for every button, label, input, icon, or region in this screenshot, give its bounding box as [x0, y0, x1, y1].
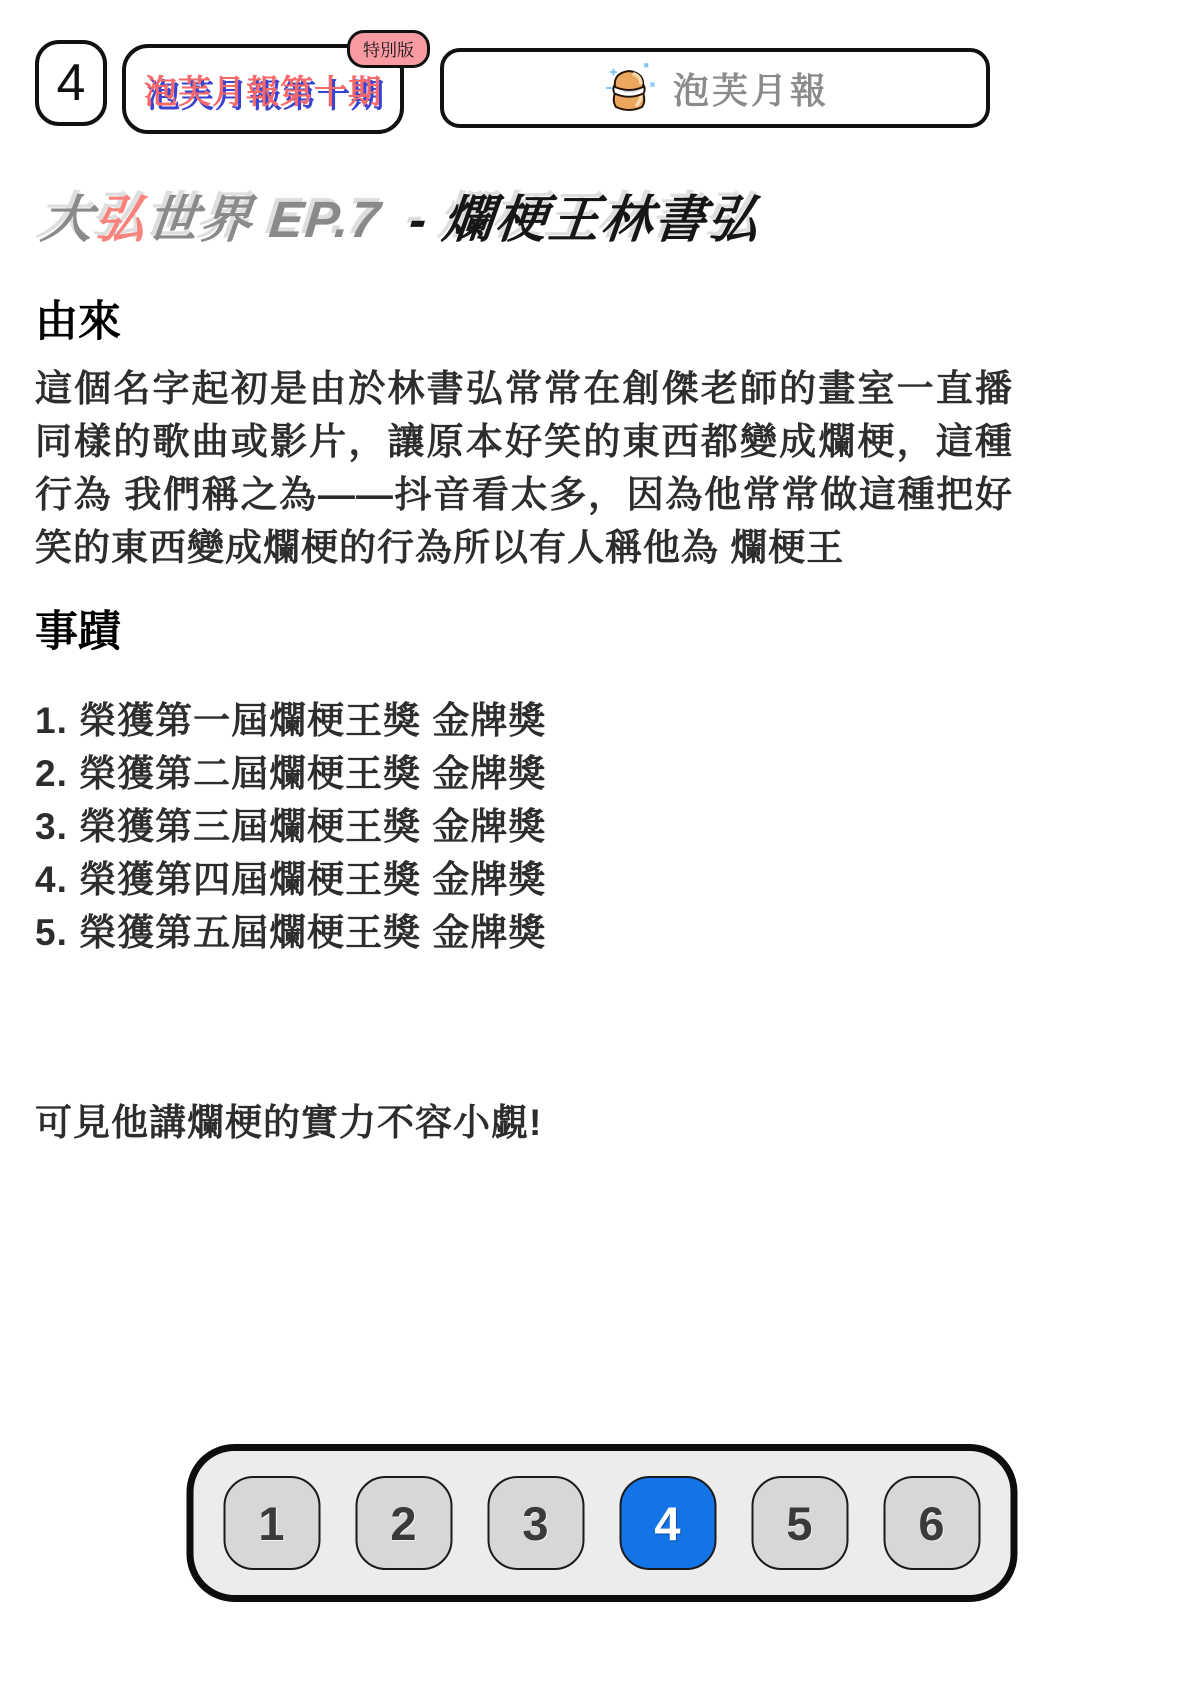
article-title: 大弘世界 EP.7-爛梗王林書弘: [38, 178, 765, 252]
achievement-item: 4. 榮獲第四屆爛梗王獎 金牌獎: [35, 853, 546, 906]
cream-puff-icon: [601, 60, 657, 116]
pagination-bar: 123456: [186, 1444, 1017, 1602]
page-number: 4: [57, 53, 86, 113]
title-black: 爛梗王林書弘: [440, 191, 764, 248]
page-button-2[interactable]: 2: [355, 1476, 452, 1570]
special-edition-badge: 特別版: [347, 30, 430, 68]
achievement-item: 3. 榮獲第三屆爛梗王獎 金牌獎: [35, 800, 546, 853]
title-gray-1: 大: [38, 191, 97, 248]
title-gray-2: 世界 EP.7: [144, 191, 384, 248]
origin-heading: 由來: [35, 288, 121, 349]
achievement-item: 1. 榮獲第一屆爛梗王獎 金牌獎: [35, 694, 546, 747]
page-button-1[interactable]: 1: [223, 1476, 320, 1570]
achievement-item: 2. 榮獲第二屆爛梗王獎 金牌獎: [35, 747, 546, 800]
brand-title: 泡芙月報: [673, 63, 829, 114]
page-button-4[interactable]: 4: [619, 1476, 716, 1570]
header: 4 泡芙月報第十期 特別版: [35, 40, 1168, 134]
achievement-item: 5. 榮獲第五屆爛梗王獎 金牌獎: [35, 906, 546, 959]
page-button-3[interactable]: 3: [487, 1476, 584, 1570]
title-separator: -: [407, 191, 432, 248]
achievements-list: 1. 榮獲第一屆爛梗王獎 金牌獎2. 榮獲第二屆爛梗王獎 金牌獎3. 榮獲第三屆…: [35, 694, 546, 959]
page-button-6[interactable]: 6: [883, 1476, 980, 1570]
page-button-5[interactable]: 5: [751, 1476, 848, 1570]
page-number-box: 4: [35, 40, 107, 126]
newsletter-page: 4 泡芙月報第十期 特別版: [0, 0, 1203, 1702]
masthead-box: 泡芙月報: [440, 48, 990, 128]
origin-paragraph: 這個名字起初是由於林書弘常常在創傑老師的畫室一直播同樣的歌曲或影片，讓原本好笑的…: [35, 362, 1013, 574]
issue-button-label: 泡芙月報第十期: [144, 66, 382, 113]
issue-button[interactable]: 泡芙月報第十期 特別版: [122, 44, 404, 134]
title-accent: 弘: [91, 191, 150, 248]
achievements-heading: 事蹟: [35, 598, 121, 659]
closing-line: 可見他講爛梗的實力不容小覷!: [35, 1092, 542, 1146]
